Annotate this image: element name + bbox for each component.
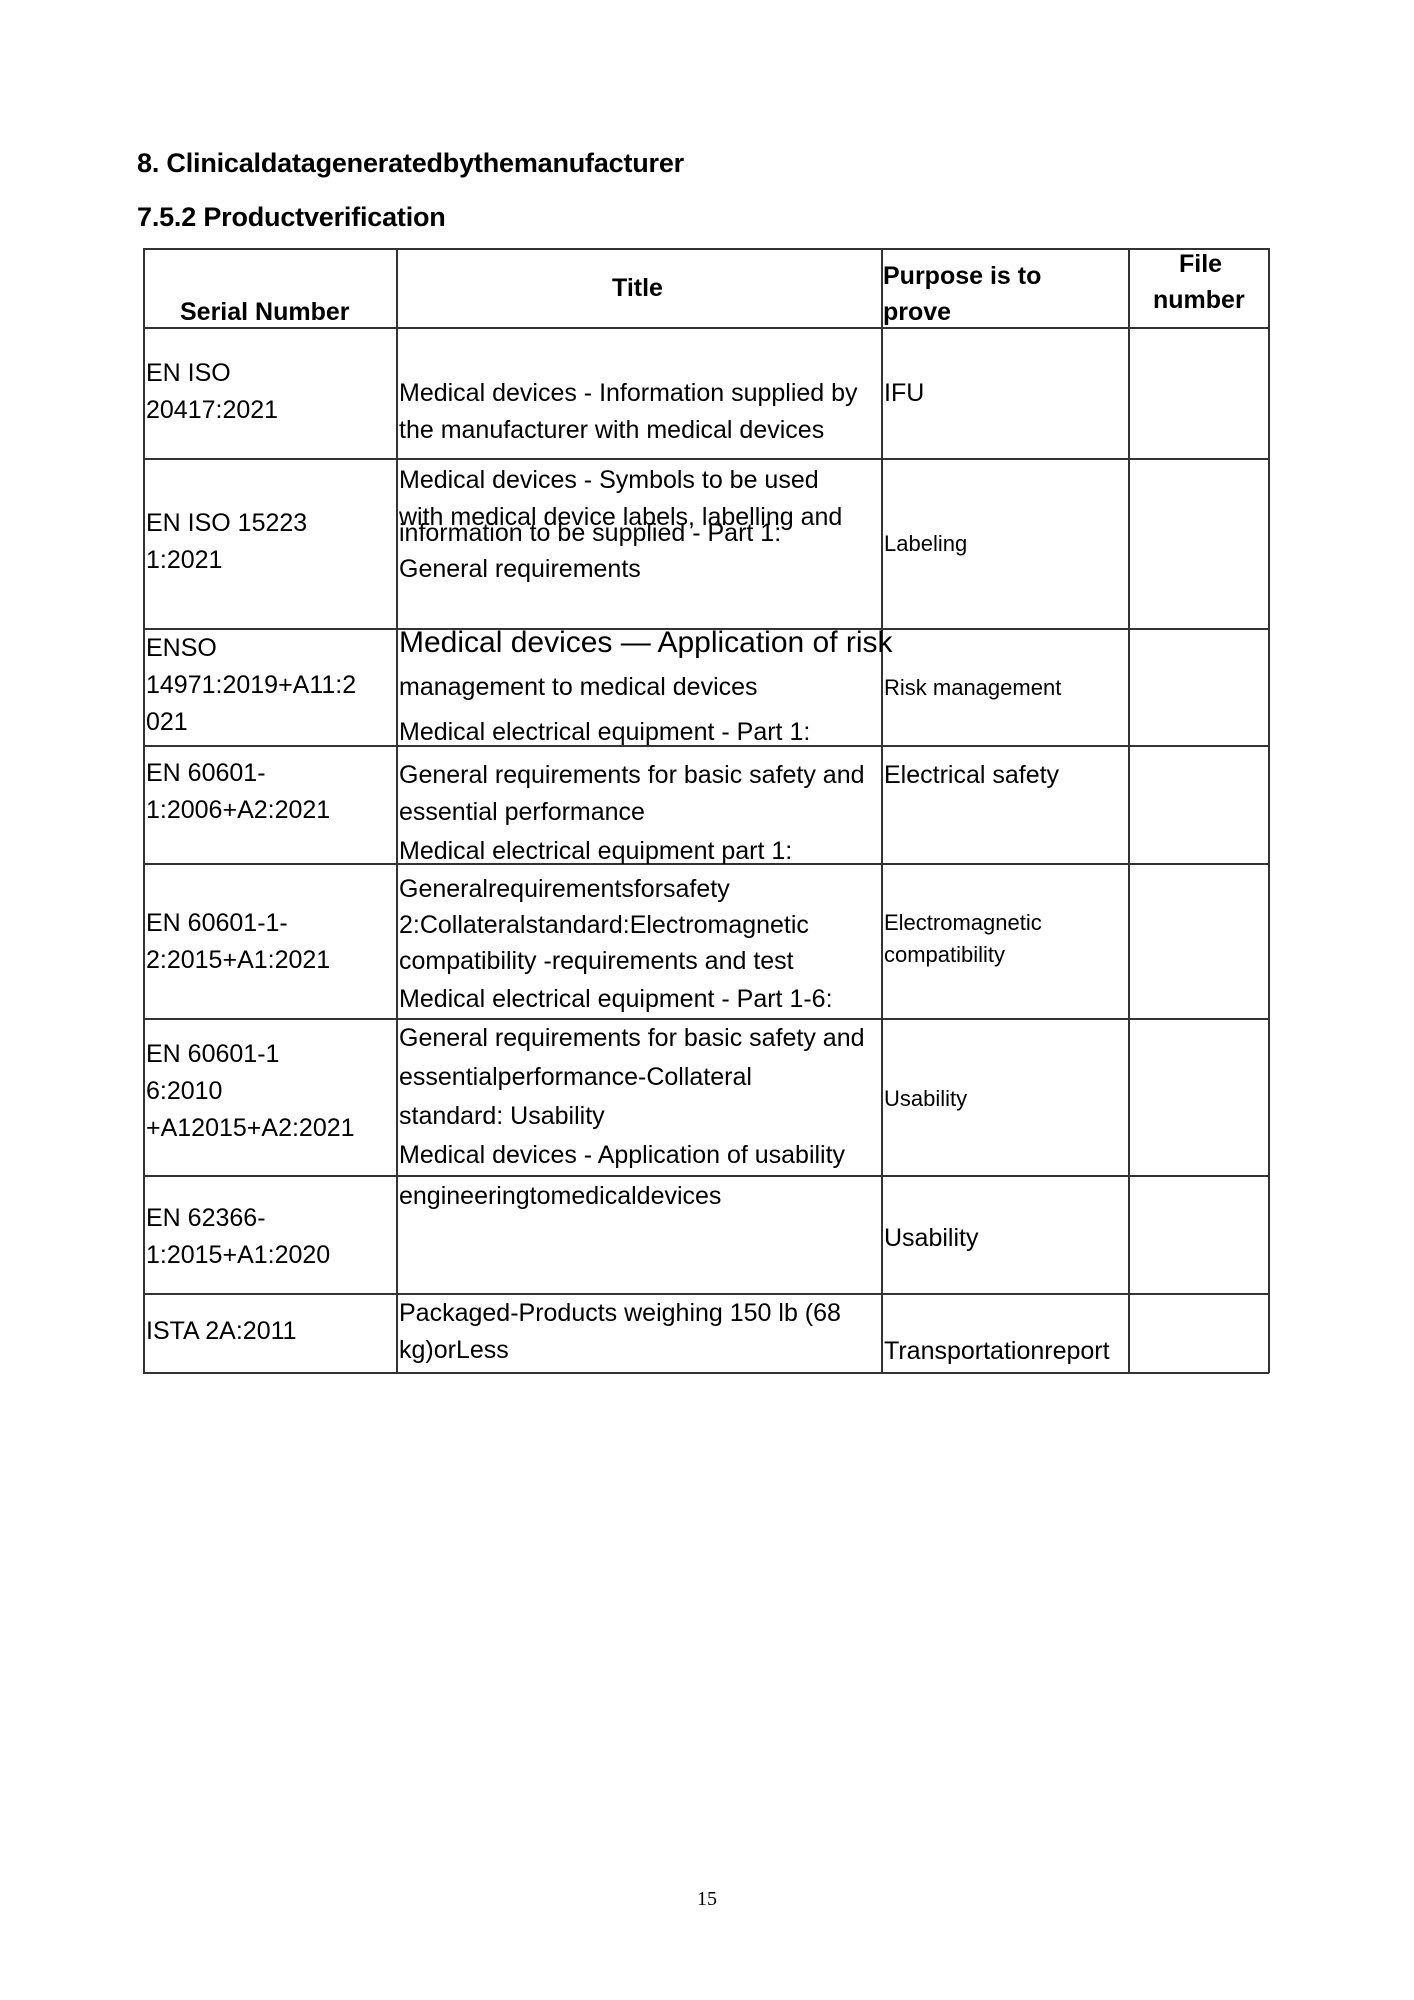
header-purpose-line2: prove xyxy=(883,294,951,330)
subsection-heading: 7.5.2 Productverification xyxy=(137,202,446,233)
title-cell: management to medical devices xyxy=(399,669,758,706)
table-row-divider xyxy=(143,248,1269,250)
table-row-divider xyxy=(143,458,1269,460)
table-row-divider xyxy=(143,1372,1269,1374)
serial-number-cell: EN 60601- xyxy=(146,755,266,792)
purpose-cell: compatibility xyxy=(884,939,1005,971)
serial-number-cell: 14971:2019+A11:2 xyxy=(146,667,356,704)
purpose-cell: Risk management xyxy=(884,672,1061,704)
purpose-cell: Labeling xyxy=(884,528,967,560)
title-cell: standard: Usability xyxy=(399,1098,605,1135)
title-cell: Medical electrical equipment - Part 1: xyxy=(399,714,810,751)
header-purpose-line1: Purpose is to xyxy=(883,258,1041,294)
serial-number-cell: EN ISO 15223 xyxy=(146,505,307,542)
table-row-divider xyxy=(143,1175,1269,1177)
header-file-line2: number xyxy=(1153,282,1245,318)
serial-number-cell: 1:2021 xyxy=(146,542,222,579)
purpose-cell: Usability xyxy=(884,1220,978,1257)
title-cell: compatibility -requirements and test xyxy=(399,943,794,980)
title-cell: Medical electrical equipment - Part 1-6: xyxy=(399,981,833,1018)
title-cell: essentialperformance-Collateral xyxy=(399,1059,752,1096)
serial-number-cell: EN 60601-1 xyxy=(146,1036,279,1073)
header-serial-number: Serial Number xyxy=(180,294,350,330)
table-column-divider xyxy=(881,248,883,1373)
title-cell: Medical devices - Application of usabili… xyxy=(399,1137,845,1174)
title-cell: kg)orLess xyxy=(399,1332,509,1369)
serial-number-cell: ENSO xyxy=(146,630,217,667)
table-column-divider xyxy=(1128,248,1130,1373)
title-cell: Generalrequirementsforsafety xyxy=(399,871,730,908)
purpose-cell: IFU xyxy=(884,375,924,412)
serial-number-cell: ISTA 2A:2011 xyxy=(146,1313,297,1350)
title-cell: General requirements for basic safety an… xyxy=(399,1020,865,1057)
table-column-divider xyxy=(143,248,145,1373)
serial-number-cell: 1:2015+A1:2020 xyxy=(146,1237,330,1274)
title-cell: General requirements for basic safety an… xyxy=(399,757,865,794)
title-cell: Medical devices - Symbols to be used xyxy=(399,462,819,499)
serial-number-cell: EN 60601-1- xyxy=(146,905,288,942)
serial-number-cell: 2:2015+A1:2021 xyxy=(146,942,330,979)
table-row-divider xyxy=(143,327,1269,329)
title-cell: Packaged-Products weighing 150 lb (68 xyxy=(399,1295,841,1332)
table-column-divider xyxy=(396,248,398,1373)
header-title: Title xyxy=(612,270,663,306)
title-cell: Medical electrical equipment part 1: xyxy=(399,833,792,870)
table-column-divider xyxy=(1268,248,1270,1373)
serial-number-cell: 6:2010 xyxy=(146,1073,222,1110)
purpose-cell: Transportationreport xyxy=(884,1333,1110,1370)
purpose-cell: Electrical safety xyxy=(884,757,1059,794)
serial-number-cell: EN ISO xyxy=(146,355,231,392)
serial-number-cell: 20417:2021 xyxy=(146,392,278,429)
serial-number-cell: 1:2006+A2:2021 xyxy=(146,792,330,829)
title-cell: the manufacturer with medical devices xyxy=(399,412,824,449)
serial-number-cell: 021 xyxy=(146,704,188,741)
header-file-line1: File xyxy=(1179,246,1222,282)
serial-number-cell: +A12015+A2:2021 xyxy=(146,1110,355,1147)
title-cell: 2:Collateralstandard:Electromagnetic xyxy=(399,907,809,944)
purpose-cell: Usability xyxy=(884,1083,967,1115)
title-cell: information to be supplied - Part 1: xyxy=(399,515,781,552)
title-cell: Medical devices - Information supplied b… xyxy=(399,375,858,412)
title-cell: essential performance xyxy=(399,794,645,831)
section-heading: 8. Clinicaldatageneratedbythemanufacture… xyxy=(137,148,684,179)
title-cell: engineeringtomedicaldevices xyxy=(399,1178,721,1215)
title-cell: Medical devices — Application of risk xyxy=(399,624,893,661)
page-number: 15 xyxy=(0,1888,1414,1911)
purpose-cell: Electromagnetic xyxy=(884,907,1042,939)
title-cell: General requirements xyxy=(399,551,641,588)
serial-number-cell: EN 62366- xyxy=(146,1200,266,1237)
